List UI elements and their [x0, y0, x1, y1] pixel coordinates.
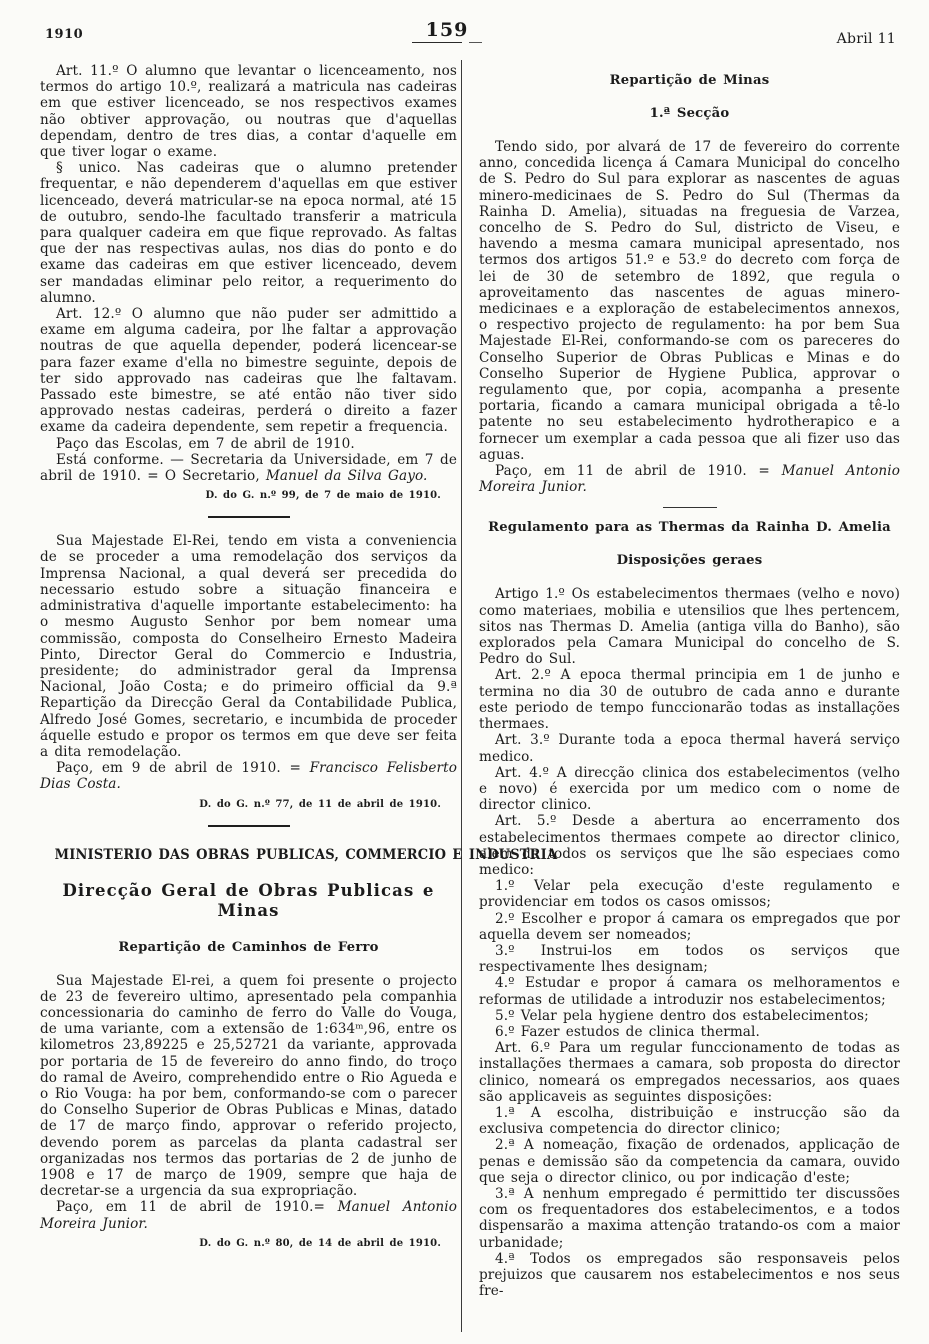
section-divider [208, 825, 290, 827]
list-item-disposicao-1: 1.ª A escolha, distribuição e instrucção… [479, 1105, 900, 1137]
list-item-disposicao-2: 2.ª A nomeação, fixação de ordenados, ap… [479, 1137, 900, 1186]
signature-line-paco-11-abril-left: Paço, em 11 de abril de 1910.= Manuel An… [40, 1199, 457, 1231]
paragraph-par-unico: § unico. Nas cadeiras que o alumno prete… [40, 160, 457, 306]
paragraph-art-4: Art. 4.º A direcção clinica dos estabele… [479, 765, 900, 814]
page-header: 1910 159 Abril 11 [0, 0, 929, 58]
list-item-duty-6: 6.º Fazer estudos de clinica thermal. [479, 1024, 900, 1040]
list-item-duty-2: 2.º Escolher e propor á camara os empreg… [479, 911, 900, 943]
left-column: Art. 11.º O alumno que levantar o licenc… [40, 58, 457, 1344]
section-divider-thin [663, 507, 717, 508]
direccao-geral-title: Direcção Geral de Obras Publicas e Minas [40, 881, 457, 921]
list-item-duty-1: 1.º Velar pela execução d'este regulamen… [479, 878, 900, 910]
ministry-title: MINISTERIO DAS OBRAS PUBLICAS, COMMERCIO… [55, 847, 443, 864]
signature-line-paco-9-abril: Paço, em 9 de abril de 1910. = Francisco… [40, 760, 457, 792]
attestation-line: Está conforme. — Secretaria da Universid… [40, 452, 457, 484]
regulamento-title: Regulamento para as Thermas da Rainha D.… [479, 520, 900, 536]
disposicoes-geraes-title: Disposições geraes [479, 553, 900, 569]
list-item-disposicao-4: 4.ª Todos os empregados são responsaveis… [479, 1251, 900, 1300]
dateline-text: Paço, em 9 de abril de 1910. = [56, 760, 310, 776]
gazette-page: 1910 159 Abril 11 Art. 11.º O alumno que… [0, 0, 929, 1344]
gazette-citation-1: D. do G. n.º 99, de 7 de maio de 1910. [40, 489, 457, 502]
dateline-text: Paço, em 11 de abril de 1910. = [495, 463, 782, 479]
paragraph-art-6: Art. 6.º Para um regular funccionamento … [479, 1040, 900, 1105]
page-number-block: 159 [410, 19, 484, 43]
paragraph-artigo-1: Artigo 1.º Os estabelecimentos thermaes … [479, 586, 900, 667]
page-year: 1910 [45, 27, 83, 42]
gazette-citation-3: D. do G. n.º 80, de 14 de abril de 1910. [40, 1237, 457, 1250]
secretary-signature-name: Manuel da Silva Gayo. [266, 468, 428, 484]
signature-line-paco-11-abril-right: Paço, em 11 de abril de 1910. = Manuel A… [479, 463, 900, 495]
list-item-duty-4: 4.º Estudar e propor á camara os melhora… [479, 975, 900, 1007]
reparticao-minas-title: Repartição de Minas [479, 73, 900, 89]
paragraph-art-2: Art. 2.º A epoca thermal principia em 1 … [479, 667, 900, 732]
right-column: Repartição de Minas 1.ª Secção Tendo sid… [462, 58, 900, 1344]
paragraph-art-12: Art. 12.º O alumno que não puder ser adm… [40, 306, 457, 436]
list-item-disposicao-3: 3.ª A nenhum empregado é permittido ter … [479, 1186, 900, 1251]
two-column-layout: Art. 11.º O alumno que levantar o licenc… [0, 58, 929, 1344]
paragraph-art-3: Art. 3.º Durante toda a epoca thermal ha… [479, 732, 900, 764]
rule-segment-long [412, 42, 462, 43]
list-item-duty-3: 3.º Instrui-los em todos os serviços que… [479, 943, 900, 975]
paragraph-valle-do-vouga: Sua Majestade El-rei, a quem foi present… [40, 973, 457, 1200]
page-number-rule [410, 42, 484, 43]
paragraph-thermas-licenca: Tendo sido, por alvará de 17 de fevereir… [479, 139, 900, 463]
list-item-duty-5: 5.º Velar pela hygiene dentro dos estabe… [479, 1008, 900, 1024]
reparticao-caminhos-ferro-title: Repartição de Caminhos de Ferro [40, 940, 457, 956]
page-date: Abril 11 [837, 31, 896, 47]
rule-segment-short [469, 42, 482, 43]
seccao-title: 1.ª Secção [479, 106, 900, 122]
page-number: 159 [410, 19, 484, 41]
dateline-paco-das-escolas: Paço das Escolas, em 7 de abril de 1910. [40, 436, 457, 452]
paragraph-art-11: Art. 11.º O alumno que levantar o licenc… [40, 63, 457, 160]
gazette-citation-2: D. do G. n.º 77, de 11 de abril de 1910. [40, 798, 457, 811]
section-divider [208, 516, 290, 518]
dateline-text: Paço, em 11 de abril de 1910.= [56, 1199, 338, 1215]
paragraph-imprensa-nacional: Sua Majestade El-Rei, tendo em vista a c… [40, 533, 457, 760]
